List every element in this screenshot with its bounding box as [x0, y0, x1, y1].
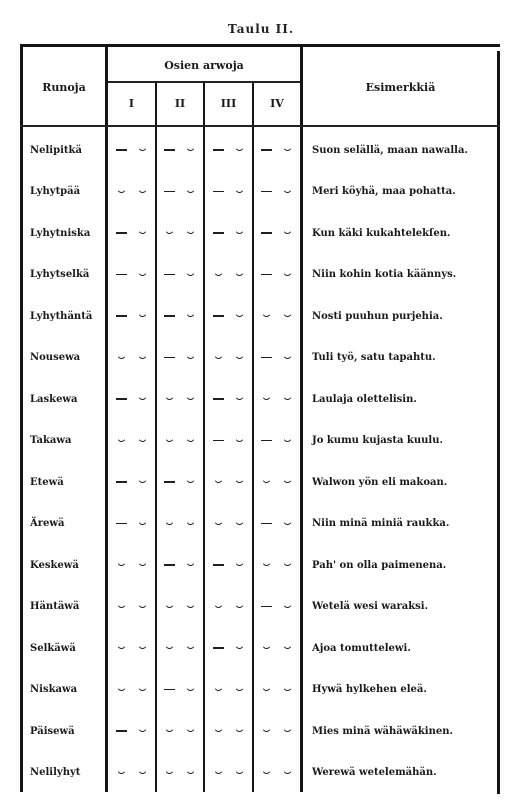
short-syllable-icon — [281, 437, 294, 445]
short-syllable-icon — [115, 603, 128, 611]
short-syllable-icon — [233, 561, 246, 569]
example-verse: Tuli työ, satu tapahtu. — [312, 337, 497, 379]
short-syllable-icon — [260, 395, 273, 403]
part-cell-ii — [157, 378, 203, 420]
short-syllable-icon — [136, 271, 149, 279]
part-cell-i — [108, 752, 155, 794]
part-cell-i — [108, 254, 155, 296]
short-syllable-icon — [184, 520, 197, 528]
example-verse: Nosti puuhun purjehia. — [312, 295, 497, 337]
short-syllable-icon — [163, 520, 176, 528]
table-row: ÄrewäNiin minä miniä raukka. — [20, 503, 500, 545]
part-cell-iii — [205, 544, 252, 586]
short-syllable-icon — [115, 188, 128, 196]
short-syllable-icon — [281, 188, 294, 196]
header-part-iii: III — [205, 85, 252, 121]
short-syllable-icon — [212, 769, 225, 777]
short-syllable-icon — [115, 644, 128, 652]
long-syllable-icon — [115, 146, 128, 154]
short-syllable-icon — [163, 727, 176, 735]
long-syllable-icon — [260, 188, 273, 196]
part-cell-iv — [254, 544, 300, 586]
long-syllable-icon — [212, 395, 225, 403]
short-syllable-icon — [115, 769, 128, 777]
header-part-i: I — [108, 85, 155, 121]
long-syllable-icon — [212, 644, 225, 652]
meter-name: Laskewa — [30, 378, 108, 420]
example-verse: Kun käki kukahtelekſen. — [312, 212, 497, 254]
long-syllable-icon — [212, 146, 225, 154]
short-syllable-icon — [281, 146, 294, 154]
short-syllable-icon — [184, 188, 197, 196]
part-cell-iii — [205, 337, 252, 379]
long-syllable-icon — [163, 146, 176, 154]
example-verse: Jo kumu kujasta kuulu. — [312, 420, 497, 462]
short-syllable-icon — [233, 727, 246, 735]
long-syllable-icon — [260, 146, 273, 154]
meter-name: Häntäwä — [30, 586, 108, 628]
short-syllable-icon — [281, 312, 294, 320]
long-syllable-icon — [115, 271, 128, 279]
short-syllable-icon — [281, 727, 294, 735]
long-syllable-icon — [212, 561, 225, 569]
short-syllable-icon — [233, 354, 246, 362]
short-syllable-icon — [184, 229, 197, 237]
short-syllable-icon — [136, 354, 149, 362]
long-syllable-icon — [163, 188, 176, 196]
short-syllable-icon — [136, 603, 149, 611]
part-cell-ii — [157, 544, 203, 586]
part-cell-iv — [254, 171, 300, 213]
short-syllable-icon — [260, 727, 273, 735]
table-caption: Taulu II. — [0, 22, 522, 36]
table-row: KeskewäPah' on olla paimenena. — [20, 544, 500, 586]
long-syllable-icon — [163, 478, 176, 486]
table-row: SelkäwäAjoa tomuttelewi. — [20, 627, 500, 669]
short-syllable-icon — [281, 644, 294, 652]
part-cell-ii — [157, 337, 203, 379]
short-syllable-icon — [136, 686, 149, 694]
short-syllable-icon — [136, 644, 149, 652]
example-verse: Pah' on olla paimenena. — [312, 544, 497, 586]
table-row: TakawaJo kumu kujasta kuulu. — [20, 420, 500, 462]
short-syllable-icon — [184, 271, 197, 279]
short-syllable-icon — [233, 146, 246, 154]
part-cell-i — [108, 461, 155, 503]
short-syllable-icon — [260, 478, 273, 486]
short-syllable-icon — [260, 644, 273, 652]
long-syllable-icon — [163, 312, 176, 320]
part-cell-i — [108, 710, 155, 752]
long-syllable-icon — [163, 271, 176, 279]
short-syllable-icon — [136, 520, 149, 528]
example-verse: Suon selällä, maan nawalla. — [312, 129, 497, 171]
short-syllable-icon — [281, 354, 294, 362]
table-row: LyhythäntäNosti puuhun purjehia. — [20, 295, 500, 337]
short-syllable-icon — [281, 229, 294, 237]
short-syllable-icon — [260, 561, 273, 569]
part-cell-ii — [157, 752, 203, 794]
short-syllable-icon — [184, 437, 197, 445]
meter-name: Etewä — [30, 461, 108, 503]
part-cell-iv — [254, 295, 300, 337]
long-syllable-icon — [115, 312, 128, 320]
long-syllable-icon — [260, 603, 273, 611]
meter-name: Lyhytniska — [30, 212, 108, 254]
part-cell-iv — [254, 461, 300, 503]
short-syllable-icon — [184, 561, 197, 569]
short-syllable-icon — [136, 437, 149, 445]
part-cell-i — [108, 420, 155, 462]
short-syllable-icon — [260, 312, 273, 320]
meter-name: Takawa — [30, 420, 108, 462]
short-syllable-icon — [115, 561, 128, 569]
short-syllable-icon — [233, 686, 246, 694]
part-cell-iv — [254, 669, 300, 711]
short-syllable-icon — [233, 188, 246, 196]
part-cell-ii — [157, 710, 203, 752]
meter-table: Runoja Osien arwoja I II III IV Esimerkk… — [20, 44, 500, 795]
part-cell-iv — [254, 337, 300, 379]
header-part-ii: II — [157, 85, 203, 121]
short-syllable-icon — [184, 727, 197, 735]
short-syllable-icon — [136, 188, 149, 196]
part-cell-iv — [254, 129, 300, 171]
part-cell-iv — [254, 586, 300, 628]
part-cell-iii — [205, 627, 252, 669]
long-syllable-icon — [260, 437, 273, 445]
part-cell-iv — [254, 752, 300, 794]
short-syllable-icon — [163, 644, 176, 652]
long-syllable-icon — [260, 271, 273, 279]
table-row: NousewaTuli työ, satu tapahtu. — [20, 337, 500, 379]
short-syllable-icon — [233, 395, 246, 403]
long-syllable-icon — [163, 354, 176, 362]
part-cell-i — [108, 627, 155, 669]
short-syllable-icon — [163, 603, 176, 611]
example-verse: Niin kohin kotia käännys. — [312, 254, 497, 296]
short-syllable-icon — [233, 769, 246, 777]
part-cell-iv — [254, 420, 300, 462]
part-cell-iv — [254, 378, 300, 420]
table-row: LyhytpääMeri köyhä, maa pohatta. — [20, 171, 500, 213]
part-cell-iii — [205, 212, 252, 254]
header-esimerkkia: Esimerkkiä — [303, 47, 498, 127]
short-syllable-icon — [212, 478, 225, 486]
part-cell-ii — [157, 586, 203, 628]
short-syllable-icon — [184, 312, 197, 320]
long-syllable-icon — [115, 229, 128, 237]
short-syllable-icon — [163, 769, 176, 777]
part-cell-ii — [157, 503, 203, 545]
short-syllable-icon — [281, 520, 294, 528]
part-cell-iii — [205, 171, 252, 213]
part-cell-ii — [157, 627, 203, 669]
short-syllable-icon — [233, 478, 246, 486]
meter-name: Päisewä — [30, 710, 108, 752]
part-cell-iv — [254, 254, 300, 296]
meter-name: Selkäwä — [30, 627, 108, 669]
part-cell-ii — [157, 295, 203, 337]
osien-subheader-rule — [108, 81, 300, 83]
short-syllable-icon — [281, 561, 294, 569]
short-syllable-icon — [184, 644, 197, 652]
short-syllable-icon — [136, 229, 149, 237]
short-syllable-icon — [184, 686, 197, 694]
part-cell-i — [108, 129, 155, 171]
part-cell-i — [108, 586, 155, 628]
part-cell-i — [108, 212, 155, 254]
example-verse: Meri köyhä, maa pohatta. — [312, 171, 497, 213]
example-verse: Laulaja olettelisin. — [312, 378, 497, 420]
short-syllable-icon — [163, 229, 176, 237]
short-syllable-icon — [136, 727, 149, 735]
short-syllable-icon — [115, 686, 128, 694]
short-syllable-icon — [233, 603, 246, 611]
long-syllable-icon — [212, 229, 225, 237]
short-syllable-icon — [115, 437, 128, 445]
short-syllable-icon — [260, 686, 273, 694]
part-cell-iv — [254, 627, 300, 669]
table-row: HäntäwäWetelä wesi waraksi. — [20, 586, 500, 628]
long-syllable-icon — [115, 520, 128, 528]
part-cell-iii — [205, 710, 252, 752]
part-cell-ii — [157, 212, 203, 254]
short-syllable-icon — [233, 312, 246, 320]
short-syllable-icon — [233, 520, 246, 528]
short-syllable-icon — [281, 603, 294, 611]
example-verse: Ajoa tomuttelewi. — [312, 627, 497, 669]
short-syllable-icon — [212, 686, 225, 694]
part-cell-i — [108, 171, 155, 213]
short-syllable-icon — [212, 603, 225, 611]
short-syllable-icon — [184, 769, 197, 777]
meter-name: Lyhytselkä — [30, 254, 108, 296]
short-syllable-icon — [136, 478, 149, 486]
long-syllable-icon — [212, 188, 225, 196]
part-cell-i — [108, 295, 155, 337]
table-row: NelilyhytWerewä wetelemähän. — [20, 752, 500, 794]
long-syllable-icon — [115, 478, 128, 486]
short-syllable-icon — [136, 561, 149, 569]
short-syllable-icon — [136, 146, 149, 154]
meter-name: Lyhythäntä — [30, 295, 108, 337]
short-syllable-icon — [115, 354, 128, 362]
header-osien-arwoja: Osien arwoja — [108, 51, 300, 79]
part-cell-ii — [157, 420, 203, 462]
long-syllable-icon — [163, 561, 176, 569]
table-row: LaskewaLaulaja olettelisin. — [20, 378, 500, 420]
short-syllable-icon — [281, 478, 294, 486]
short-syllable-icon — [184, 395, 197, 403]
meter-name: Lyhytpää — [30, 171, 108, 213]
short-syllable-icon — [281, 271, 294, 279]
meter-name: Nelipitkä — [30, 129, 108, 171]
part-cell-iv — [254, 212, 300, 254]
short-syllable-icon — [136, 312, 149, 320]
meter-name: Keskewä — [30, 544, 108, 586]
short-syllable-icon — [184, 478, 197, 486]
part-cell-i — [108, 378, 155, 420]
short-syllable-icon — [184, 603, 197, 611]
meter-name: Nelilyhyt — [30, 752, 108, 794]
example-verse: Wetelä wesi waraksi. — [312, 586, 497, 628]
short-syllable-icon — [136, 395, 149, 403]
long-syllable-icon — [115, 395, 128, 403]
short-syllable-icon — [233, 229, 246, 237]
short-syllable-icon — [212, 520, 225, 528]
part-cell-iii — [205, 295, 252, 337]
table-row: PäisewäMies minä wähäwäkinen. — [20, 710, 500, 752]
part-cell-i — [108, 503, 155, 545]
part-cell-iii — [205, 254, 252, 296]
part-cell-ii — [157, 171, 203, 213]
long-syllable-icon — [115, 727, 128, 735]
example-verse: Werewä wetelemähän. — [312, 752, 497, 794]
short-syllable-icon — [281, 769, 294, 777]
example-verse: Niin minä miniä raukka. — [312, 503, 497, 545]
header-runoja: Runoja — [23, 47, 105, 127]
example-verse: Hywä hylkehen eleä. — [312, 669, 497, 711]
meter-name: Nousewa — [30, 337, 108, 379]
part-cell-iv — [254, 710, 300, 752]
part-cell-iii — [205, 378, 252, 420]
part-cell-ii — [157, 461, 203, 503]
part-cell-iv — [254, 503, 300, 545]
short-syllable-icon — [281, 686, 294, 694]
long-syllable-icon — [260, 229, 273, 237]
short-syllable-icon — [212, 271, 225, 279]
table-row: LyhytselkäNiin kohin kotia käännys. — [20, 254, 500, 296]
short-syllable-icon — [212, 727, 225, 735]
long-syllable-icon — [212, 437, 225, 445]
table-row: NelipitkäSuon selällä, maan nawalla. — [20, 129, 500, 171]
long-syllable-icon — [260, 354, 273, 362]
short-syllable-icon — [233, 271, 246, 279]
part-cell-iii — [205, 129, 252, 171]
table-row: NiskawaHywä hylkehen eleä. — [20, 669, 500, 711]
part-cell-i — [108, 337, 155, 379]
part-cell-ii — [157, 254, 203, 296]
table-row: EtewäWalwon yön eli makoan. — [20, 461, 500, 503]
short-syllable-icon — [163, 437, 176, 445]
part-cell-i — [108, 669, 155, 711]
part-cell-iii — [205, 503, 252, 545]
part-cell-iii — [205, 461, 252, 503]
short-syllable-icon — [281, 395, 294, 403]
part-cell-iii — [205, 586, 252, 628]
meter-name: Ärewä — [30, 503, 108, 545]
short-syllable-icon — [184, 354, 197, 362]
short-syllable-icon — [184, 146, 197, 154]
short-syllable-icon — [233, 437, 246, 445]
short-syllable-icon — [163, 395, 176, 403]
part-cell-i — [108, 544, 155, 586]
example-verse: Walwon yön eli makoan. — [312, 461, 497, 503]
part-cell-ii — [157, 129, 203, 171]
example-verse: Mies minä wähäwäkinen. — [312, 710, 497, 752]
part-cell-iii — [205, 752, 252, 794]
header-part-iv: IV — [254, 85, 300, 121]
part-cell-ii — [157, 669, 203, 711]
short-syllable-icon — [212, 354, 225, 362]
part-cell-iii — [205, 420, 252, 462]
long-syllable-icon — [212, 312, 225, 320]
part-cell-iii — [205, 669, 252, 711]
short-syllable-icon — [136, 769, 149, 777]
table-row: LyhytniskaKun käki kukahtelekſen. — [20, 212, 500, 254]
long-syllable-icon — [260, 520, 273, 528]
short-syllable-icon — [233, 644, 246, 652]
long-syllable-icon — [163, 686, 176, 694]
meter-name: Niskawa — [30, 669, 108, 711]
short-syllable-icon — [260, 769, 273, 777]
